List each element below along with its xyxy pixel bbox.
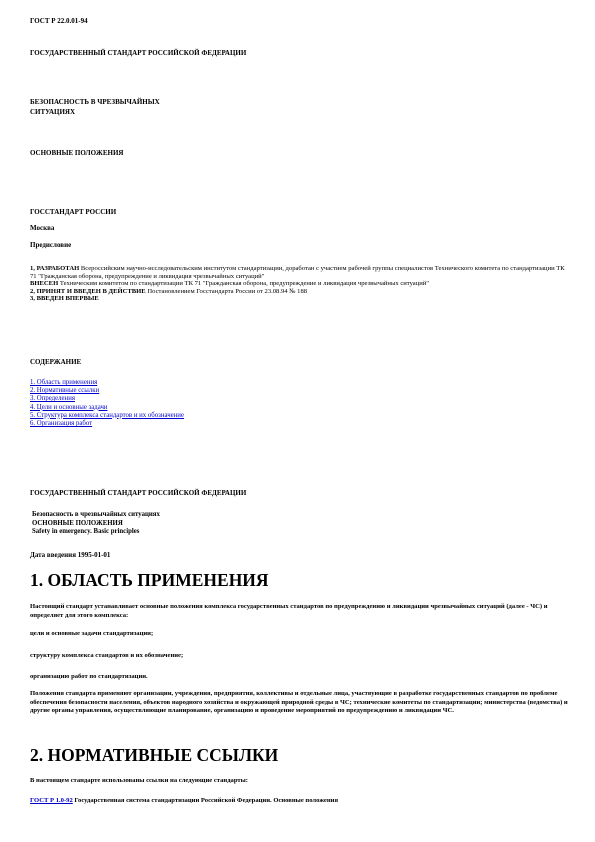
preface-item-1b-label: ВНЕСЕН xyxy=(30,280,58,287)
toc-link-structure-of-standards[interactable]: 5. Структура комплекса стандартов и их о… xyxy=(30,412,184,420)
city: Москва xyxy=(30,224,54,233)
table-of-contents: 1. Область применения 2. Нормативные ссы… xyxy=(30,379,184,428)
document-code: ГОСТ Р 22.0.01-94 xyxy=(30,17,88,26)
toc-link-normative-references[interactable]: 2. Нормативные ссылки xyxy=(30,387,184,395)
gost-r-1-0-92-link[interactable]: ГОСТ Р 1.0-92 xyxy=(30,797,73,804)
document-title-line-1: БЕЗОПАСНОСТЬ В ЧРЕЗВЫЧАЙНЫХ xyxy=(30,98,160,107)
section-1-paragraph-5: Положения стандарта применяют организаци… xyxy=(30,690,570,716)
section-1-heading: 1. ОБЛАСТЬ ПРИМЕНЕНИЯ xyxy=(30,570,269,590)
document-title-line-2: СИТУАЦИЯХ xyxy=(30,108,75,117)
toc-link-definitions[interactable]: 3. Определения xyxy=(30,395,184,403)
date-value: 1995-01-01 xyxy=(78,551,111,559)
section-1-paragraph-3: структуру комплекса стандартов и их обоз… xyxy=(30,652,570,661)
preface-block: 1, РАЗРАБОТАН Всероссийским научно-иссле… xyxy=(30,265,570,303)
preface-title: Предисловие xyxy=(30,241,71,250)
preface-item-3: 3, ВВЕДЕН ВПЕРВЫЕ xyxy=(30,295,570,303)
toc-link-organization-of-work[interactable]: 6. Организация работ xyxy=(30,420,184,428)
section-1-paragraph-4: организацию работ по стандартизации. xyxy=(30,673,570,682)
section-1-paragraph-1: Настоящий стандарт устанавливает основны… xyxy=(30,603,570,620)
preface-item-2: 2, ПРИНЯТ И ВВЕДЕН В ДЕЙСТВИЕ Постановле… xyxy=(30,288,570,296)
section-1-paragraph-2: цели и основные задачи стандартизации; xyxy=(30,630,570,639)
preface-item-2-text: Постановлением Госстандарта России от 23… xyxy=(146,288,307,295)
body-title-en: Safety in emergency. Basic principles xyxy=(32,528,160,537)
preface-item-1b-text: Техническим комитетом по стандартизации … xyxy=(58,280,429,287)
preface-item-1-label: 1, РАЗРАБОТАН xyxy=(30,265,79,272)
body-title-block: Безопасность в чрезвычайных ситуациях ОС… xyxy=(32,511,160,537)
reference-1-text: Государственная система стандартизации Р… xyxy=(73,797,338,804)
section-2-heading: 2. НОРМАТИВНЫЕ ССЫЛКИ xyxy=(30,745,278,765)
introduction-date: Дата введения 1995-01-01 xyxy=(30,551,110,560)
section-2-reference-1: ГОСТ Р 1.0-92 Государственная система ст… xyxy=(30,797,570,806)
body-state-standard-header: ГОСУДАРСТВЕННЫЙ СТАНДАРТ РОССИЙСКОЙ ФЕДЕ… xyxy=(30,489,246,498)
preface-item-3-label: 3, ВВЕДЕН ВПЕРВЫЕ xyxy=(30,295,99,302)
section-2-paragraph-1: В настоящем стандарте использованы ссылк… xyxy=(30,777,570,786)
publisher: ГОССТАНДАРТ РОССИИ xyxy=(30,208,116,217)
toc-link-goals-and-tasks[interactable]: 4. Цели и основные задачи xyxy=(30,404,184,412)
preface-item-1b: ВНЕСЕН Техническим комитетом по стандарт… xyxy=(30,280,570,288)
body-subtitle-ru: ОСНОВНЫЕ ПОЛОЖЕНИЯ xyxy=(32,520,160,529)
preface-item-1-text: Всероссийским научно-исследовательским и… xyxy=(30,265,565,280)
body-title-ru: Безопасность в чрезвычайных ситуациях xyxy=(32,511,160,520)
document-subtitle: ОСНОВНЫЕ ПОЛОЖЕНИЯ xyxy=(30,149,123,158)
state-standard-header: ГОСУДАРСТВЕННЫЙ СТАНДАРТ РОССИЙСКОЙ ФЕДЕ… xyxy=(30,49,246,58)
date-label: Дата введения xyxy=(30,551,78,559)
preface-item-1: 1, РАЗРАБОТАН Всероссийским научно-иссле… xyxy=(30,265,570,280)
toc-title: СОДЕРЖАНИЕ xyxy=(30,358,81,367)
document-page: ГОСТ Р 22.0.01-94 ГОСУДАРСТВЕННЫЙ СТАНДА… xyxy=(0,0,595,842)
preface-item-2-label: 2, ПРИНЯТ И ВВЕДЕН В ДЕЙСТВИЕ xyxy=(30,288,146,295)
toc-link-scope[interactable]: 1. Область применения xyxy=(30,379,184,387)
